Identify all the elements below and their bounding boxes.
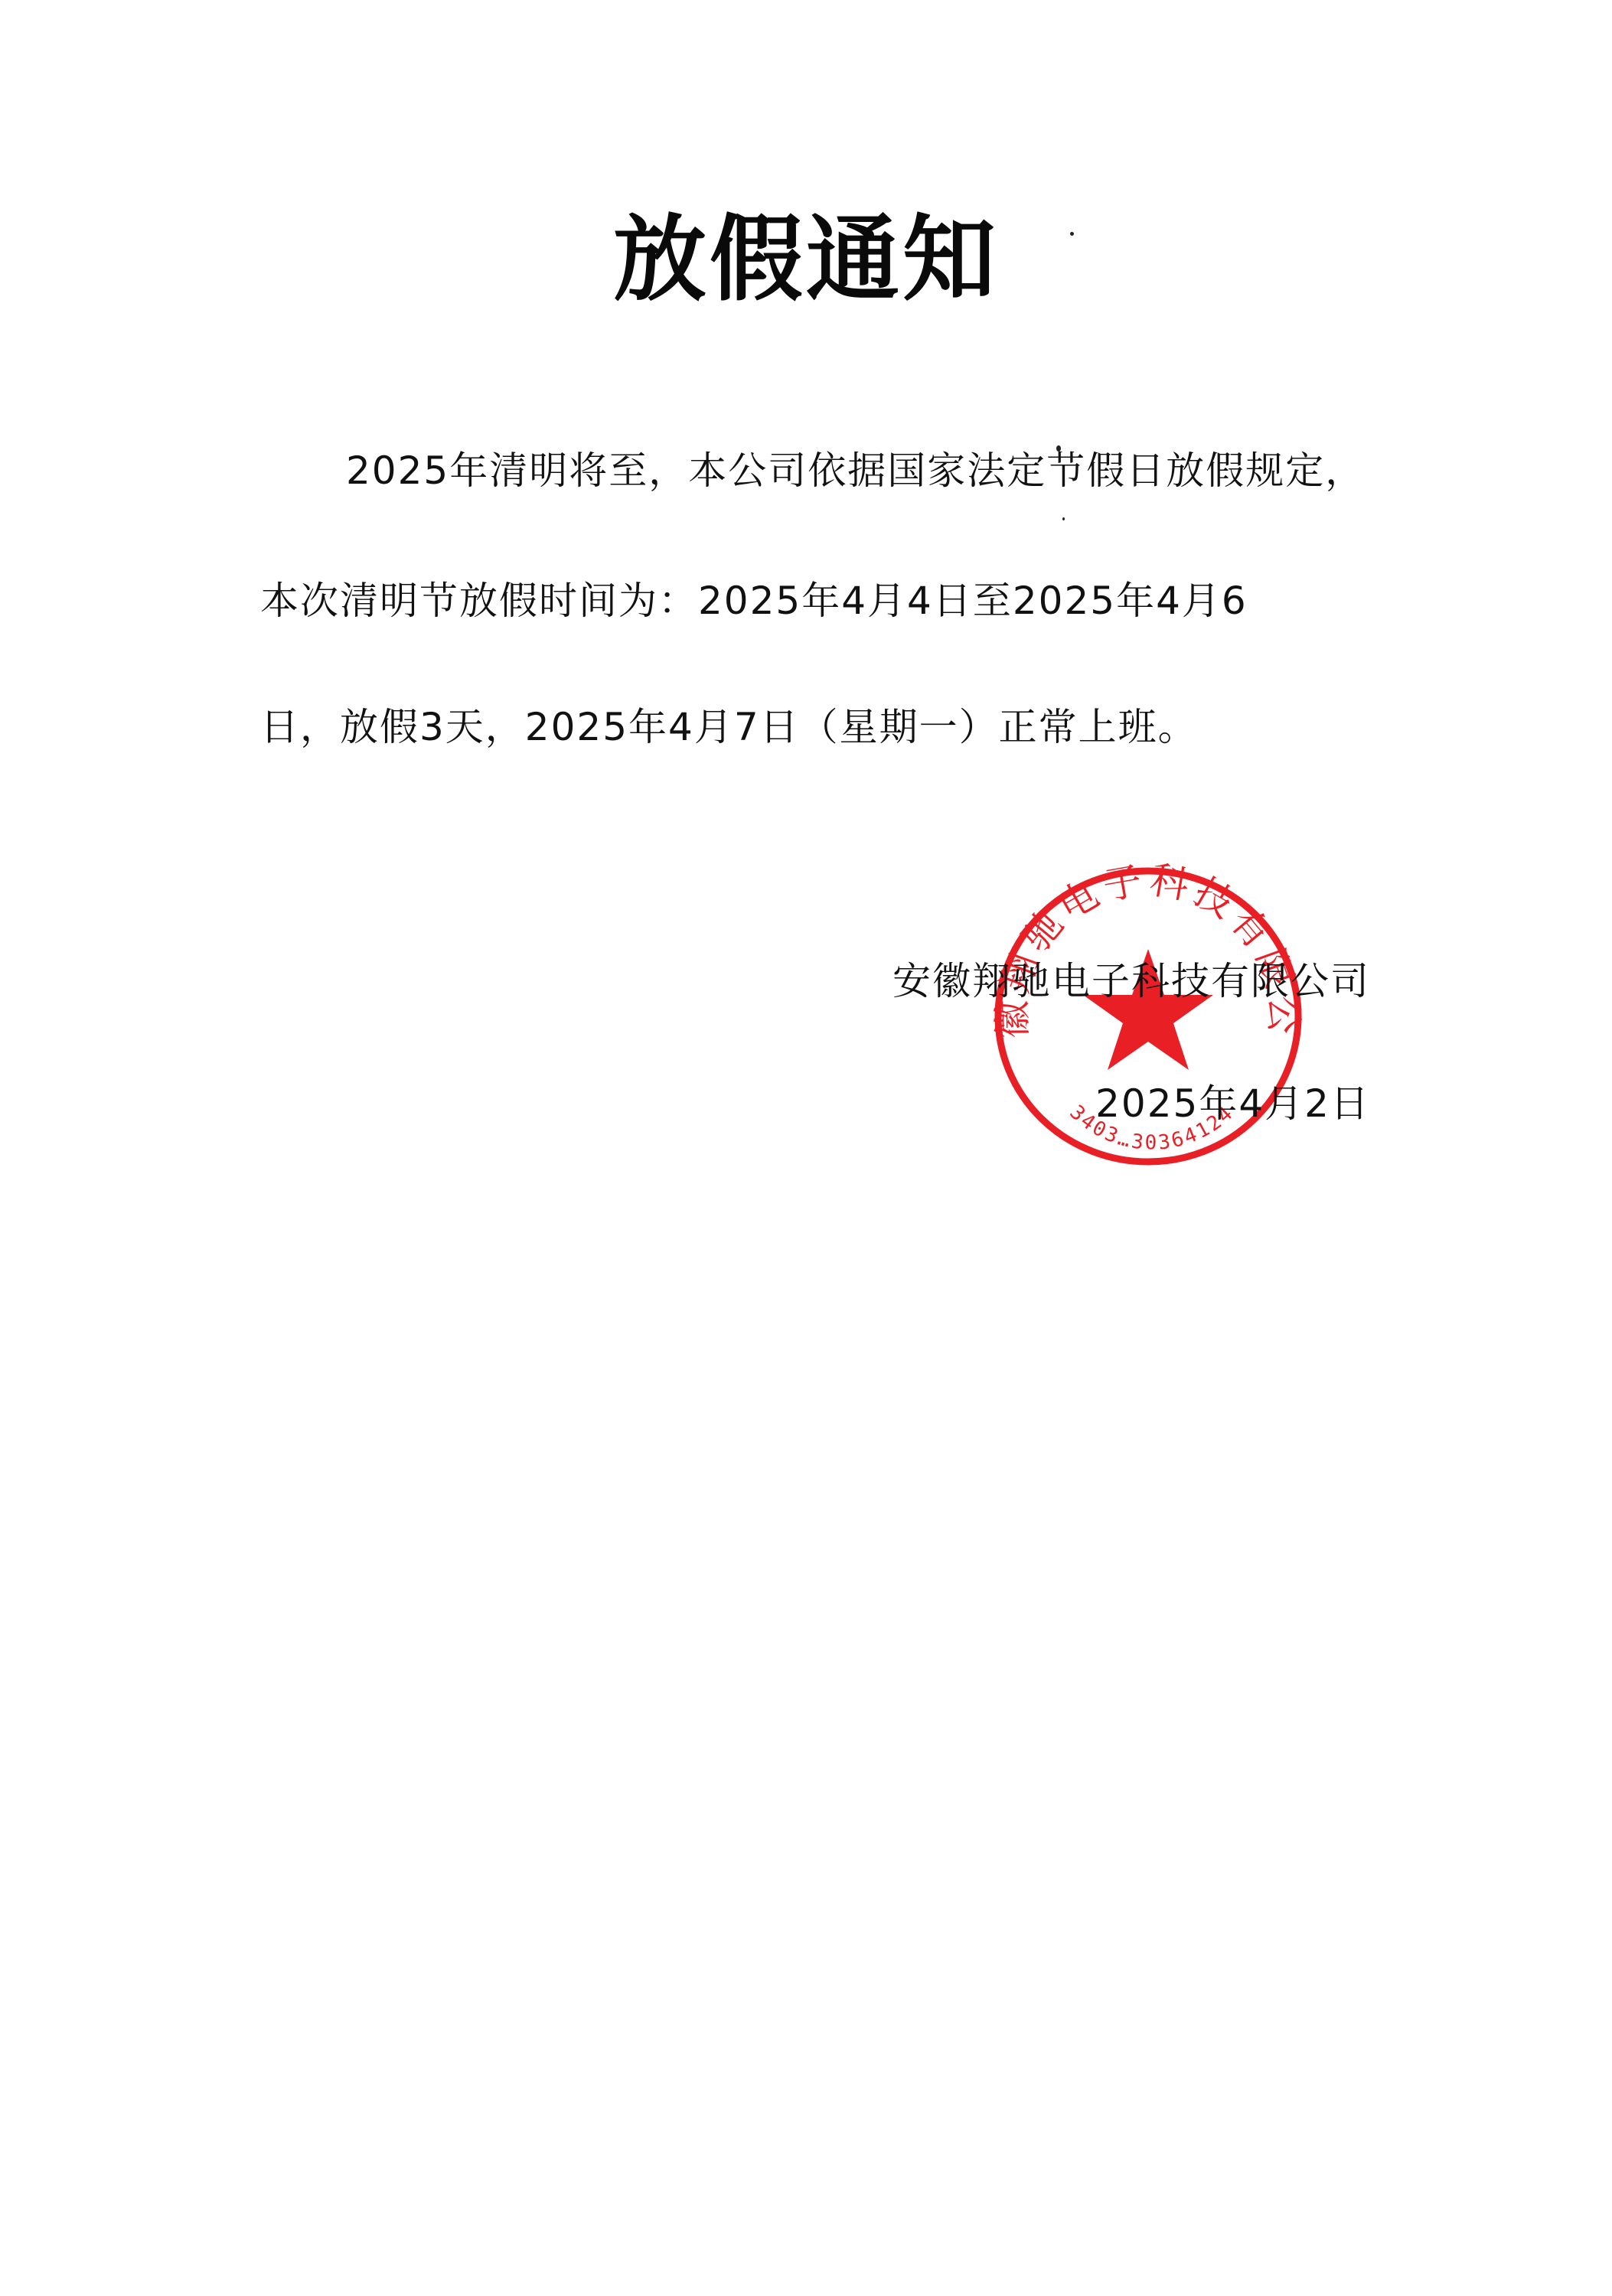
body-line-2: 本次清明节放假时间为：2025年4月4日至2025年4月6 (260, 578, 1248, 624)
signature-date: 2025年4月2日 (1095, 1081, 1370, 1127)
scan-speck (1062, 517, 1065, 520)
document-page: 放假通知 2025年清明将至，本公司依据国家法定节假日放假规定， 本次清明节放假… (0, 0, 1612, 2296)
body-line-1: 2025年清明将至，本公司依据国家法定节假日放假规定， (346, 448, 1365, 494)
signature-company: 安徽翔驰电子科技有限公司 (892, 958, 1370, 1004)
scan-speck (1070, 232, 1074, 236)
scan-speck (1056, 445, 1061, 452)
document-title: 放假通知 (0, 205, 1612, 312)
body-line-3: 日，放假3天，2025年4月7日（星期一）正常上班。 (260, 704, 1198, 750)
